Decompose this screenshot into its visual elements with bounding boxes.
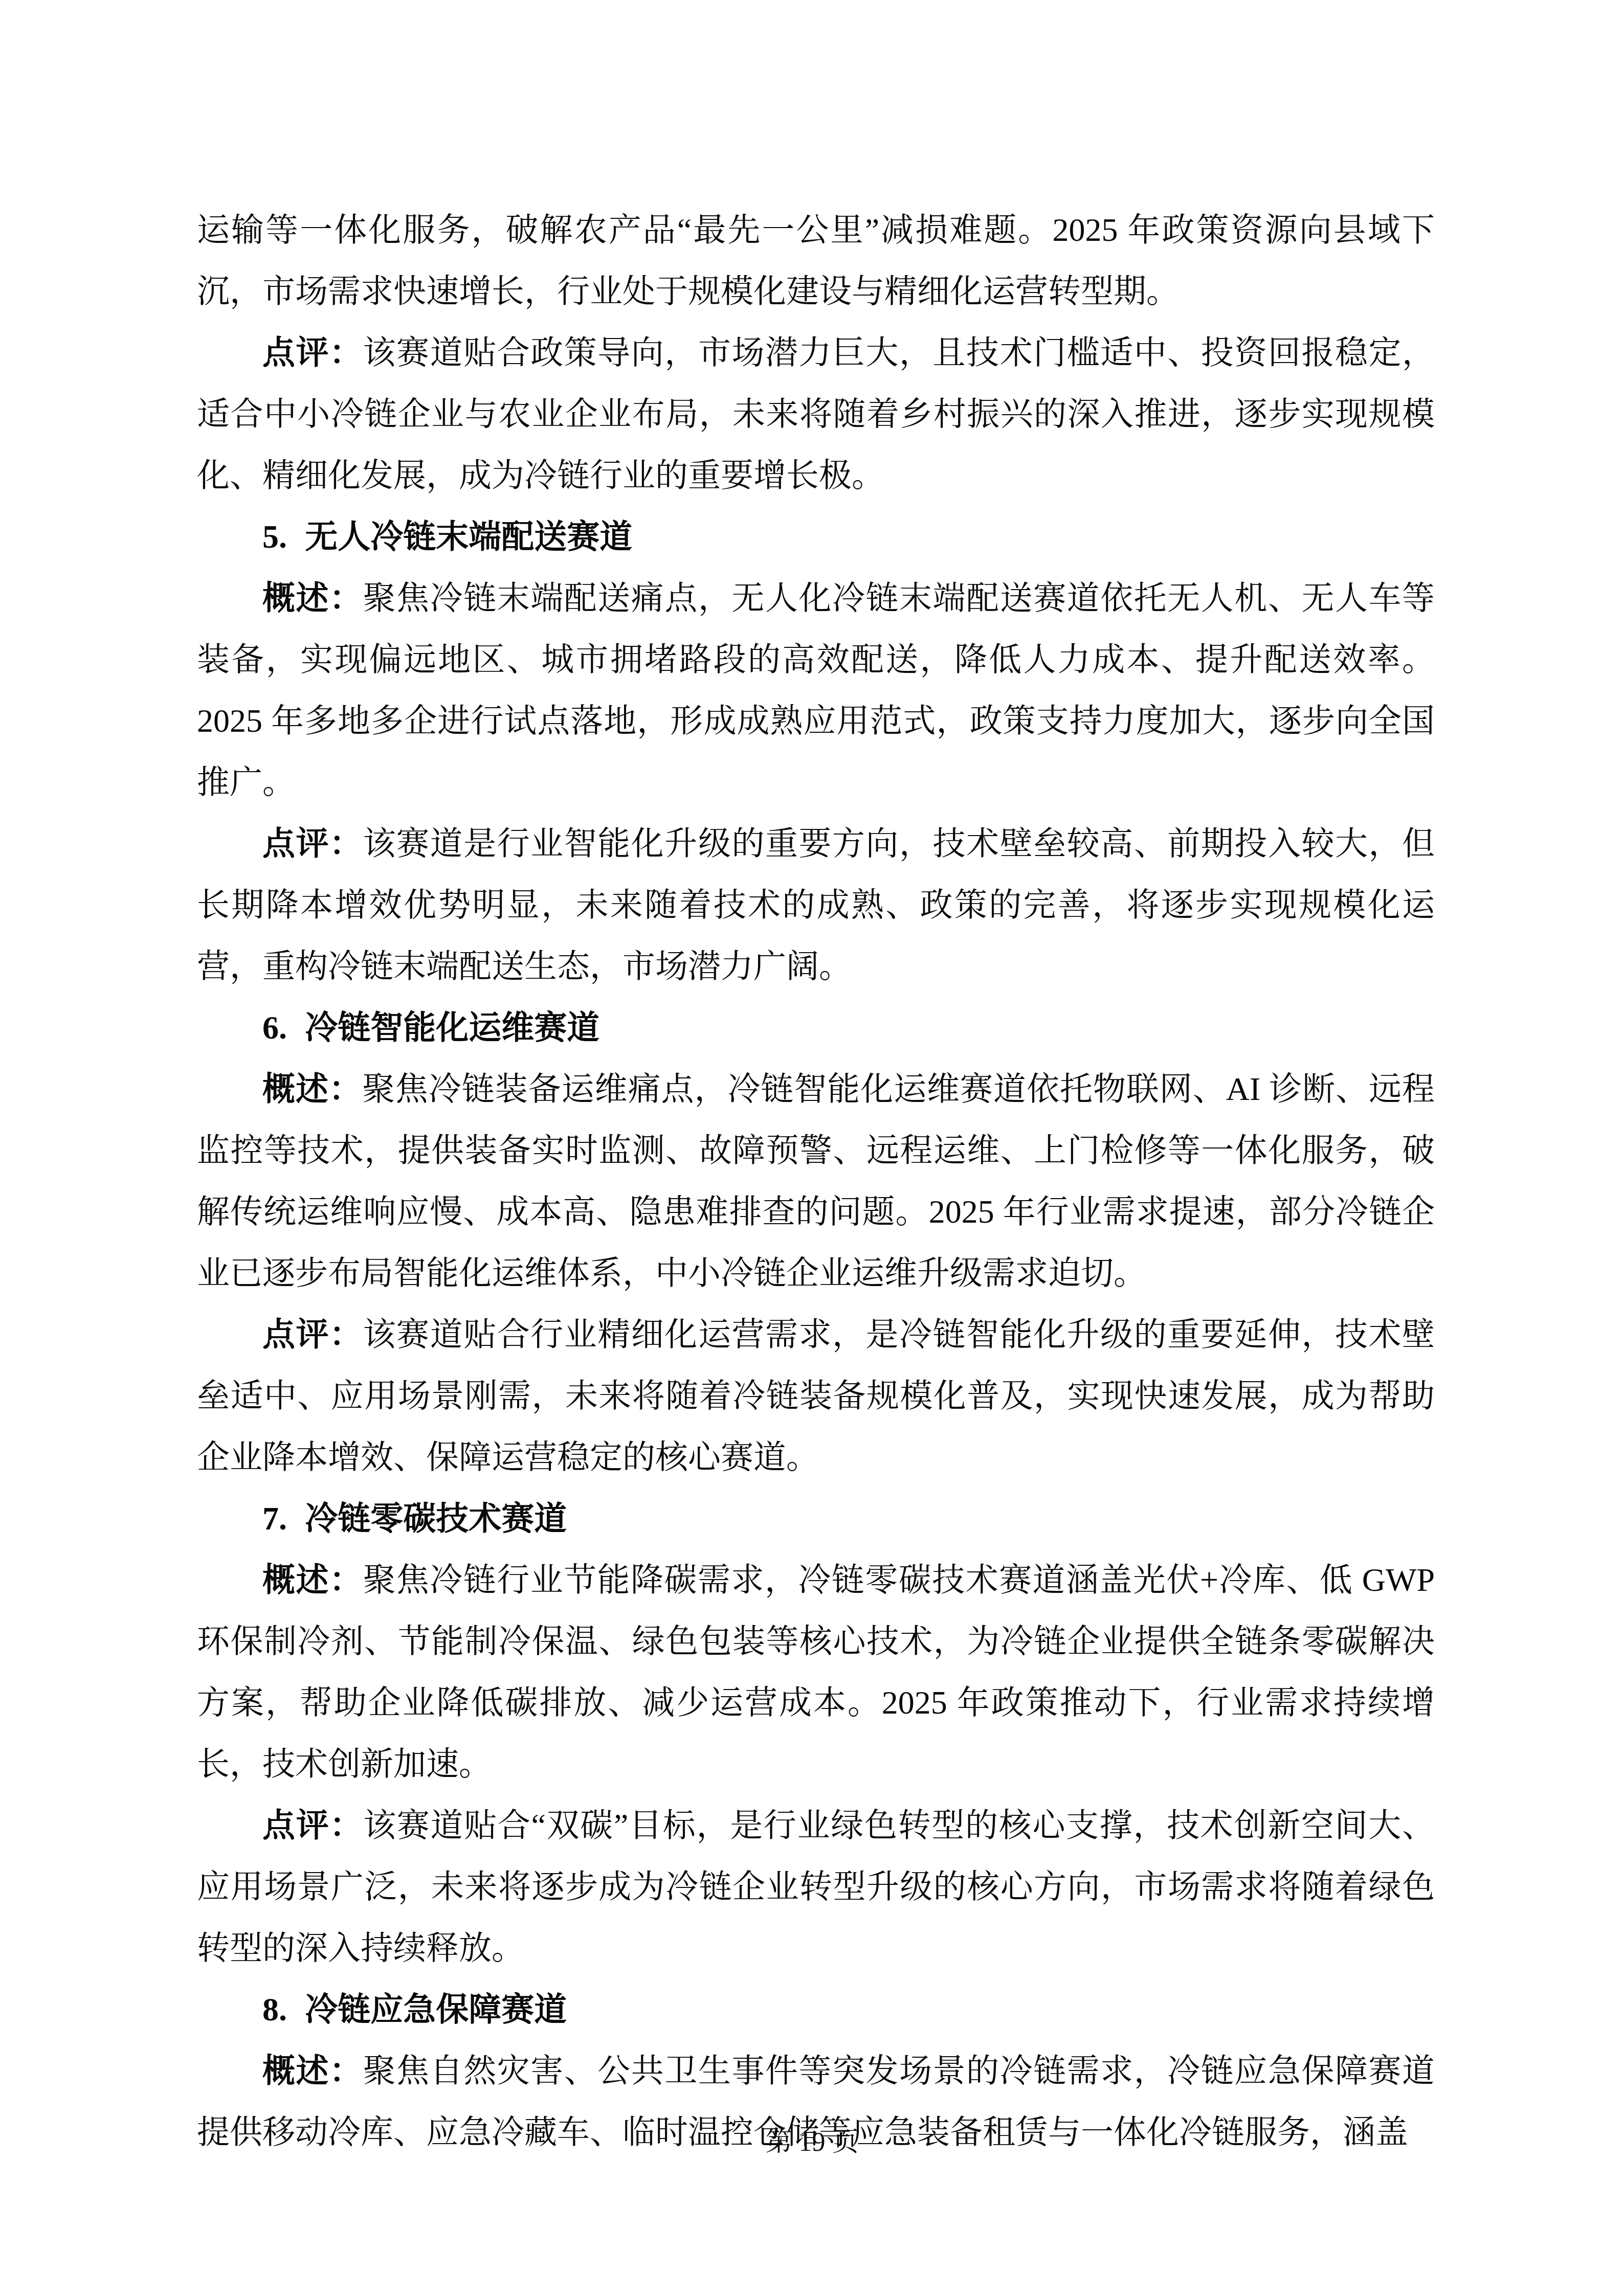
page-body: 运输等一体化服务，破解农产品“最先一公里”减损难题。2025 年政策资源向县域下… — [197, 199, 1435, 2163]
page-footer: 第 19 页 — [0, 2122, 1624, 2163]
continuation-paragraph: 运输等一体化服务，破解农产品“最先一公里”减损难题。2025 年政策资源向县域下… — [197, 199, 1435, 322]
document-page: 运输等一体化服务，破解农产品“最先一公里”减损难题。2025 年政策资源向县域下… — [0, 0, 1624, 2296]
review-text: 该赛道贴合政策导向，市场潜力巨大，且技术门槛适中、投资回报稳定，适合中小冷链企业… — [197, 334, 1435, 493]
overview-text: 聚焦冷链行业节能降碳需求，冷链零碳技术赛道涵盖光伏+冷库、低 GWP 环保制冷剂… — [197, 1562, 1435, 1782]
review-label: 点评： — [262, 334, 363, 371]
review-text: 该赛道贴合行业精细化运营需求，是冷链智能化升级的重要延伸，技术壁垒适中、应用场景… — [197, 1316, 1435, 1475]
section-number: 5. — [262, 519, 287, 555]
overview-label: 概述： — [262, 1562, 363, 1598]
review-paragraph-section7: 点评：该赛道贴合“双碳”目标，是行业绿色转型的核心支撑，技术创新空间大、应用场景… — [197, 1795, 1435, 1979]
section-heading-6: 6.冷链智能化运维赛道 — [197, 997, 1435, 1059]
review-text: 该赛道贴合“双碳”目标，是行业绿色转型的核心支撑，技术创新空间大、应用场景广泛，… — [197, 1807, 1435, 1966]
page-number: 第 19 页 — [765, 2128, 858, 2157]
section-heading-8: 8.冷链应急保障赛道 — [197, 1979, 1435, 2040]
section-title: 无人冷链末端配送赛道 — [305, 519, 632, 555]
overview-paragraph-section6: 概述：聚焦冷链装备运维痛点，冷链智能化运维赛道依托物联网、AI 诊断、远程监控等… — [197, 1059, 1435, 1304]
review-label: 点评： — [262, 1316, 363, 1353]
overview-text: 聚焦冷链装备运维痛点，冷链智能化运维赛道依托物联网、AI 诊断、远程监控等技术，… — [197, 1071, 1435, 1291]
review-text: 该赛道是行业智能化升级的重要方向，技术壁垒较高、前期投入较大，但长期降本增效优势… — [197, 825, 1435, 984]
review-paragraph-section5: 点评：该赛道是行业智能化升级的重要方向，技术壁垒较高、前期投入较大，但长期降本增… — [197, 813, 1435, 997]
review-paragraph-section4: 点评：该赛道贴合政策导向，市场潜力巨大，且技术门槛适中、投资回报稳定，适合中小冷… — [197, 322, 1435, 506]
overview-paragraph-section5: 概述：聚焦冷链末端配送痛点，无人化冷链末端配送赛道依托无人机、无人车等装备，实现… — [197, 568, 1435, 813]
overview-label: 概述： — [262, 1071, 362, 1107]
review-label: 点评： — [262, 825, 363, 862]
section-title: 冷链应急保障赛道 — [305, 1991, 567, 2028]
section-number: 7. — [262, 1500, 287, 1537]
overview-label: 概述： — [262, 2053, 363, 2089]
review-label: 点评： — [262, 1807, 363, 1843]
section-number: 8. — [262, 1991, 287, 2028]
overview-label: 概述： — [262, 580, 363, 616]
overview-text: 聚焦冷链末端配送痛点，无人化冷链末端配送赛道依托无人机、无人车等装备，实现偏远地… — [197, 580, 1435, 800]
section-title: 冷链智能化运维赛道 — [305, 1009, 599, 1046]
section-number: 6. — [262, 1009, 287, 1046]
section-title: 冷链零碳技术赛道 — [305, 1500, 567, 1537]
section-heading-7: 7.冷链零碳技术赛道 — [197, 1488, 1435, 1549]
overview-paragraph-section7: 概述：聚焦冷链行业节能降碳需求，冷链零碳技术赛道涵盖光伏+冷库、低 GWP 环保… — [197, 1549, 1435, 1795]
review-paragraph-section6: 点评：该赛道贴合行业精细化运营需求，是冷链智能化升级的重要延伸，技术壁垒适中、应… — [197, 1304, 1435, 1488]
section-heading-5: 5.无人冷链末端配送赛道 — [197, 506, 1435, 568]
